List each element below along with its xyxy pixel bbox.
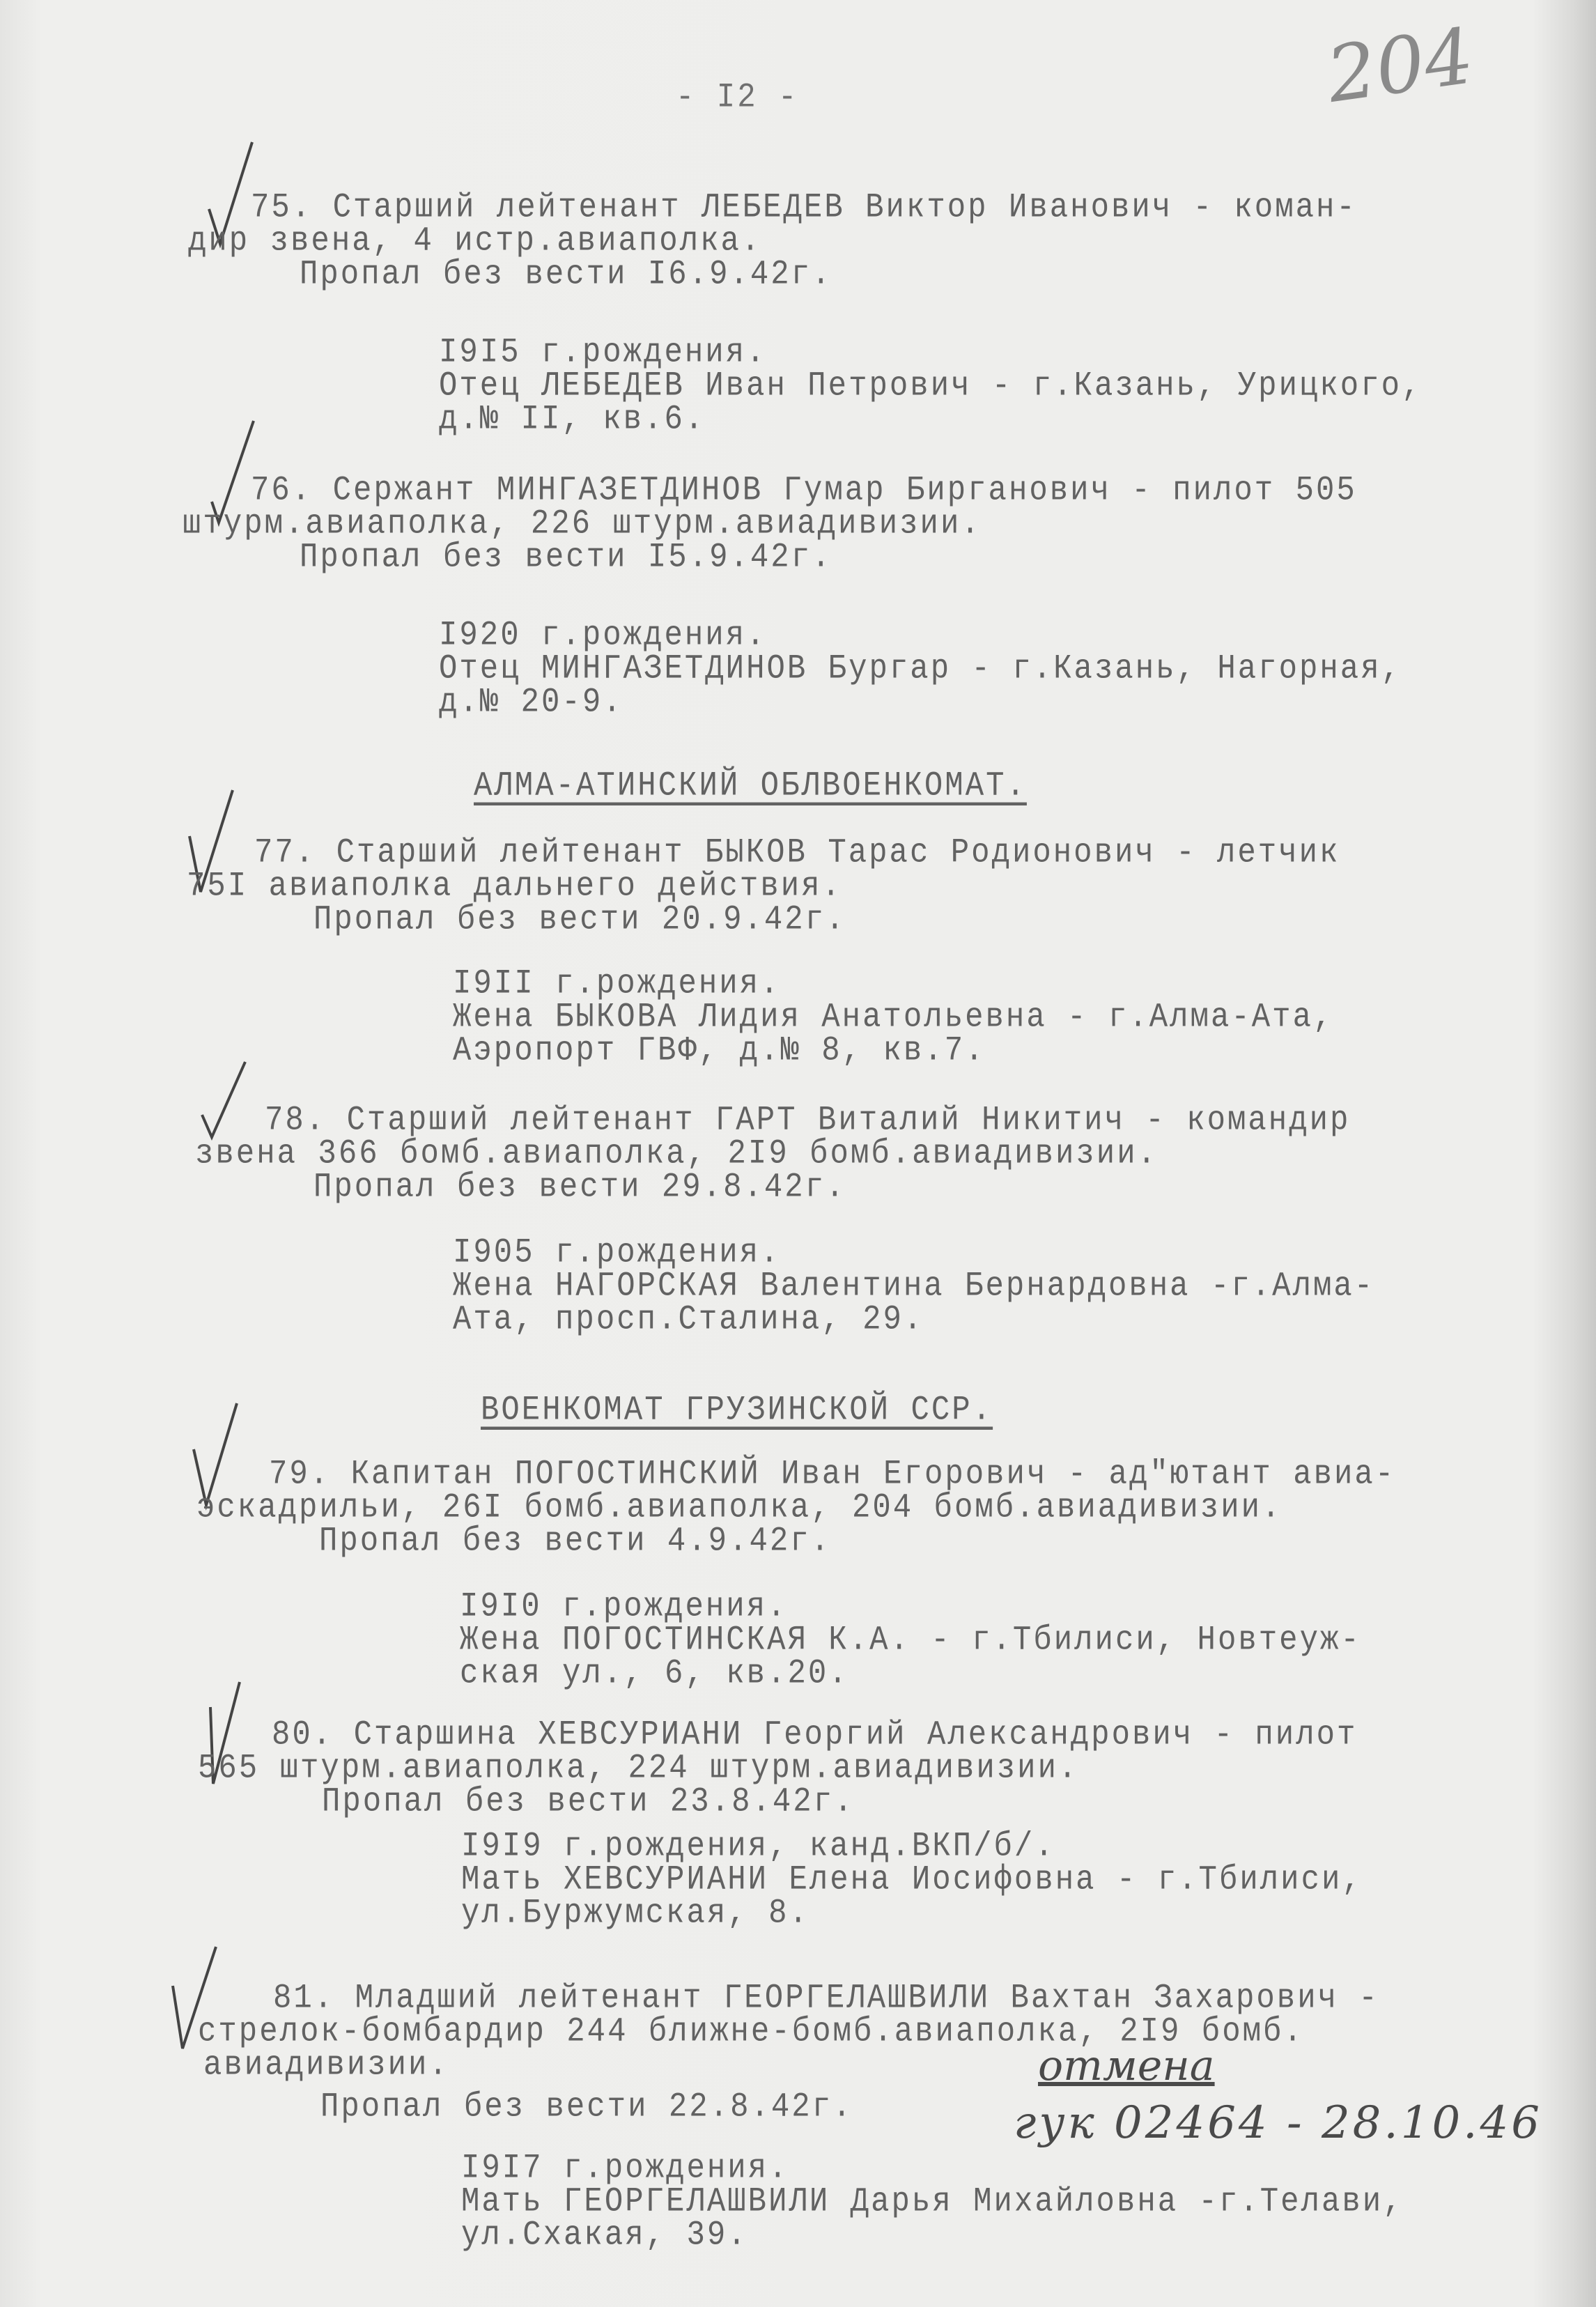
section-heading-alma-ata: АЛМА-АТИНСКИЙ ОБЛВОЕНКОМАТ. bbox=[474, 766, 1027, 805]
handwritten-note-reference: гук 02464 - 28.10.46 bbox=[1014, 2097, 1542, 2149]
entry-76-line-3: Пропал без вести I5.9.42г. bbox=[300, 538, 832, 577]
entry-78-detail-3: Ата, просп.Сталина, 29. bbox=[453, 1300, 924, 1339]
entry-75-detail-3: д.№ II, кв.6. bbox=[439, 400, 705, 439]
entry-77-detail-3: Аэропорт ГВФ, д.№ 8, кв.7. bbox=[453, 1031, 986, 1070]
document-page: 204 - I2 - 75. Старший лейтенант ЛЕБЕДЕВ… bbox=[0, 0, 1596, 2307]
entry-79-line-3: Пропал без вести 4.9.42г. bbox=[319, 1522, 831, 1561]
entry-77-line-3: Пропал без вести 20.9.42г. bbox=[313, 900, 846, 939]
entry-81-line-3: авиадивизии. bbox=[203, 2046, 449, 2085]
entry-81-detail-3: ул.Схакая, 39. bbox=[461, 2216, 748, 2255]
entry-81-line-4: Пропал без вести 22.8.42г. bbox=[320, 2088, 853, 2127]
archive-folio-number: 204 bbox=[1322, 11, 1479, 120]
entry-75-line-3: Пропал без вести I6.9.42г. bbox=[300, 255, 832, 294]
section-heading-georgia: ВОЕНКОМАТ ГРУЗИНСКОЙ ССР. bbox=[481, 1391, 993, 1430]
entry-78-line-3: Пропал без вести 29.8.42г. bbox=[313, 1168, 846, 1207]
page-number: - I2 - bbox=[676, 78, 798, 117]
entry-79-detail-3: ская ул., 6, кв.20. bbox=[460, 1654, 849, 1693]
entry-76-detail-3: д.№ 20-9. bbox=[439, 683, 623, 722]
handwritten-note-cancel: отмена bbox=[1038, 2042, 1215, 2090]
entry-80-line-3: Пропал без вести 23.8.42г. bbox=[322, 1782, 855, 1821]
entry-80-detail-3: ул.Буржумская, 8. bbox=[461, 1894, 809, 1933]
